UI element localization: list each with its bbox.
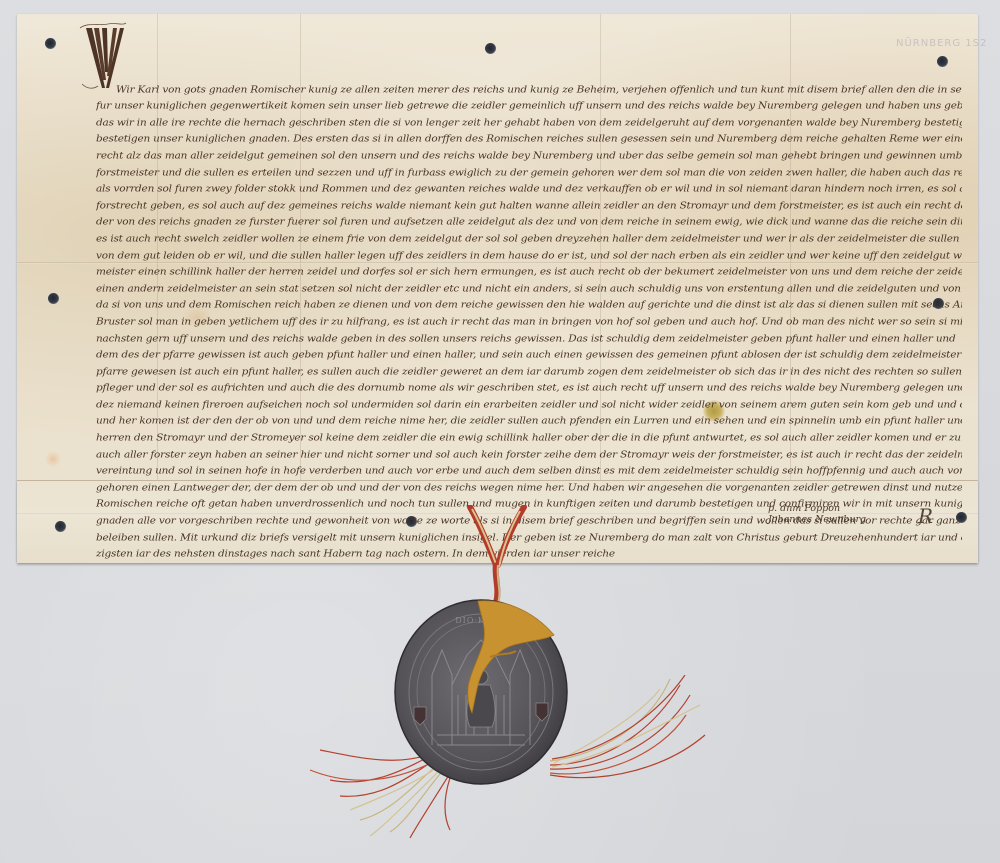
handwritten-text: forstrecht geben, es sol auch auf dez ge… [96,201,962,211]
subscription-line-2: Johannes Newnburg [768,514,866,525]
handwritten-text: meister einen schillink haller der herre… [96,267,962,277]
charter-text-line: der von des reichs gnaden ze furster fue… [96,211,962,228]
handwritten-text: nachsten gern uff unsern und des reichs … [96,333,956,343]
charter-text-line: bestetigen unser kuniglichen gnaden. Des… [96,128,962,145]
handwritten-text: forstmeister und die sullen es erteilen … [96,167,962,177]
handwritten-text: fur unser kuniglichen gegenwertikeit kom… [96,101,962,111]
handwritten-text: recht alz das man aller zeidelgut gemein… [96,151,962,161]
charter-text-line: von dem gut leiden ob er wil, und die su… [96,244,962,261]
charter-text-line: vereintung und sol in seinen hofe in hof… [96,460,962,477]
handwritten-text: pfarre gewesen ist auch ein pfunt haller… [96,366,962,376]
pin-hole [55,521,66,532]
charter-text-line: dem des der pfarre gewissen ist auch geb… [96,344,962,361]
charter-text-line: herren den Stromayr und der Stromeyer so… [96,426,962,443]
charter-text-line: forstmeister und die sullen es erteilen … [96,161,962,178]
pin-hole [937,56,948,67]
charter-text-line: pfleger und der sol es aufrichten und au… [96,377,962,394]
royal-wax-seal-icon: DIO·KONS [392,595,570,785]
registry-mark: R [918,504,933,528]
pin-hole [485,43,496,54]
handwritten-text: gehoren einen Lantweger der, der dem der… [96,483,962,493]
charter-text-line: nachsten gern uff unsern und des reichs … [96,327,962,344]
subscription-line-1: p. dnm Poppon [768,503,866,514]
charter-text-line: Wir Karl von gots gnaden Romischer kunig… [96,78,962,95]
handwritten-text: das wir in alle ire rechte die hernach g… [96,118,962,128]
handwritten-text: und her komen ist der den der ob von und… [96,416,962,426]
handwritten-text: vereintung und sol in seinen hofe in hof… [96,466,962,476]
handwritten-text: bestetigen unser kuniglichen gnaden. Des… [96,134,962,144]
handwritten-text: auch aller forster zeyn haben an seiner … [96,449,962,459]
handwritten-text: von dem gut leiden ob er wil, und die su… [96,250,962,260]
pin-hole [48,293,59,304]
charter-text-line: dez niemand keinen fireroen aufseichen n… [96,393,962,410]
handwritten-text: der von des reichs gnaden ze furster fue… [96,217,962,227]
charter-text-line: das wir in alle ire rechte die hernach g… [96,111,962,128]
handwritten-text: Wir Karl von gots gnaden Romischer kunig… [116,84,962,94]
handwritten-text: herren den Stromayr und der Stromeyer so… [96,433,962,443]
charter-text-line: pfarre gewesen ist auch ein pfunt haller… [96,360,962,377]
charter-text-line: fur unser kuniglichen gegenwertikeit kom… [96,95,962,112]
charter-text-line: und her komen ist der den der ob von und… [96,410,962,427]
archive-signature-label: NÜRNBERG 1S2 [896,38,987,49]
charter-text-line: gehoren einen Lantweger der, der dem der… [96,476,962,493]
seal-cord-icon [460,505,530,605]
handwritten-text: dez niemand keinen fireroen aufseichen n… [96,400,962,410]
charter-text-line: da si von uns und dem Romischen reich ha… [96,294,962,311]
charter-text-line: recht alz das man aller zeidelgut gemein… [96,144,962,161]
charter-text-line: einen andern zeidelmeister an sein stat … [96,277,962,294]
charter-text-line: meister einen schillink haller der herre… [96,261,962,278]
stain [45,451,61,467]
pin-hole [45,38,56,49]
handwritten-text: da si von uns und dem Romischen reich ha… [96,300,962,310]
charter-text-body: Wir Karl von gots gnaden Romischer kunig… [96,78,962,559]
handwritten-text: Bruster sol man in geben yetlichem uff d… [96,317,962,327]
charter-text-line: auch aller forster zeyn haben an seiner … [96,443,962,460]
handwritten-text: einen andern zeidelmeister an sein stat … [96,284,962,294]
handwritten-text: es ist auch recht swelch zeidler wollen … [96,234,962,244]
handwritten-text: pfleger und der sol es aufrichten und au… [96,383,962,393]
charter-text-line: als vorrden sol furen zwey folder stokk … [96,178,962,195]
charter-text-line: Bruster sol man in geben yetlichem uff d… [96,310,962,327]
handwritten-text: als vorrden sol furen zwey folder stokk … [96,184,962,194]
charter-text-line: forstrecht geben, es sol auch auf dez ge… [96,194,962,211]
charter-text-line: es ist auch recht swelch zeidler wollen … [96,227,962,244]
handwritten-text: dem des der pfarre gewissen ist auch geb… [96,350,962,360]
chancery-subscription: p. dnm Poppon Johannes Newnburg [768,503,866,525]
handwritten-text: zigsten iar des nehsten dinstages nach s… [96,549,615,559]
